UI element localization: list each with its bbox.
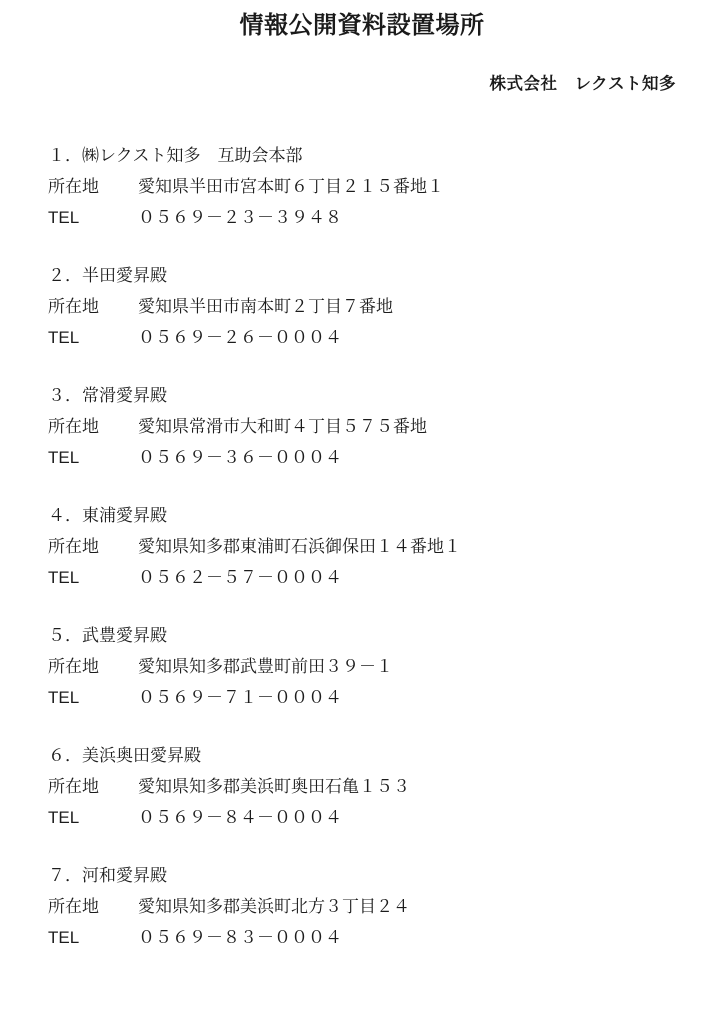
address-value: 愛知県半田市宮本町６丁目２１５番地１: [138, 171, 676, 202]
tel-row: TEL ０５６２－５７－０００４: [48, 562, 676, 593]
tel-label: TEL: [48, 802, 138, 833]
address-row: 所在地 愛知県知多郡美浜町北方３丁目２４: [48, 891, 676, 922]
tel-value: ０５６９－８４－０００４: [138, 802, 676, 833]
address-row: 所在地 愛知県知多郡美浜町奥田石亀１５３: [48, 771, 676, 802]
tel-row: TEL ０５６９－２３－３９４８: [48, 202, 676, 233]
address-value: 愛知県知多郡美浜町北方３丁目２４: [138, 891, 676, 922]
address-row: 所在地 愛知県知多郡武豊町前田３９－１: [48, 651, 676, 682]
address-label: 所在地: [48, 771, 138, 802]
tel-label: TEL: [48, 562, 138, 593]
tel-value: ０５６９－３６－０００４: [138, 442, 676, 473]
document-page: 情報公開資料設置場所 株式会社 レクスト知多 １．㈱レクスト知多 互助会本部 所…: [0, 0, 724, 1024]
tel-value: ０５６９－８３－０００４: [138, 922, 676, 953]
location-entry: ６．美浜奥田愛昇殿 所在地 愛知県知多郡美浜町奥田石亀１５３ TEL ０５６９－…: [48, 740, 676, 833]
company-name: 株式会社 レクスト知多: [48, 75, 676, 93]
address-label: 所在地: [48, 291, 138, 322]
address-value: 愛知県半田市南本町２丁目７番地: [138, 291, 676, 322]
tel-row: TEL ０５６９－７１－０００４: [48, 682, 676, 713]
location-name: １．㈱レクスト知多 互助会本部: [48, 140, 676, 171]
location-name: ６．美浜奥田愛昇殿: [48, 740, 676, 771]
tel-row: TEL ０５６９－２６－０００４: [48, 322, 676, 353]
tel-row: TEL ０５６９－３６－０００４: [48, 442, 676, 473]
location-entry: １．㈱レクスト知多 互助会本部 所在地 愛知県半田市宮本町６丁目２１５番地１ T…: [48, 140, 676, 233]
tel-value: ０５６９－２６－０００４: [138, 322, 676, 353]
location-entry: ７．河和愛昇殿 所在地 愛知県知多郡美浜町北方３丁目２４ TEL ０５６９－８３…: [48, 860, 676, 953]
address-row: 所在地 愛知県常滑市大和町４丁目５７５番地: [48, 411, 676, 442]
tel-label: TEL: [48, 322, 138, 353]
tel-value: ０５６２－５７－０００４: [138, 562, 676, 593]
location-entry: ４．東浦愛昇殿 所在地 愛知県知多郡東浦町石浜御保田１４番地１ TEL ０５６２…: [48, 500, 676, 593]
address-value: 愛知県知多郡美浜町奥田石亀１５３: [138, 771, 676, 802]
tel-row: TEL ０５６９－８４－０００４: [48, 802, 676, 833]
tel-label: TEL: [48, 922, 138, 953]
address-label: 所在地: [48, 411, 138, 442]
address-label: 所在地: [48, 651, 138, 682]
tel-label: TEL: [48, 202, 138, 233]
address-value: 愛知県知多郡武豊町前田３９－１: [138, 651, 676, 682]
tel-value: ０５６９－７１－０００４: [138, 682, 676, 713]
location-name: ４．東浦愛昇殿: [48, 500, 676, 531]
address-label: 所在地: [48, 171, 138, 202]
address-row: 所在地 愛知県知多郡東浦町石浜御保田１４番地１: [48, 531, 676, 562]
tel-value: ０５６９－２３－３９４８: [138, 202, 676, 233]
address-label: 所在地: [48, 531, 138, 562]
locations-list: １．㈱レクスト知多 互助会本部 所在地 愛知県半田市宮本町６丁目２１５番地１ T…: [48, 140, 676, 953]
location-entry: ５．武豊愛昇殿 所在地 愛知県知多郡武豊町前田３９－１ TEL ０５６９－７１－…: [48, 620, 676, 713]
tel-label: TEL: [48, 442, 138, 473]
address-label: 所在地: [48, 891, 138, 922]
location-name: ２．半田愛昇殿: [48, 260, 676, 291]
location-name: ５．武豊愛昇殿: [48, 620, 676, 651]
address-row: 所在地 愛知県半田市南本町２丁目７番地: [48, 291, 676, 322]
location-name: ３．常滑愛昇殿: [48, 380, 676, 411]
address-row: 所在地 愛知県半田市宮本町６丁目２１５番地１: [48, 171, 676, 202]
address-value: 愛知県知多郡東浦町石浜御保田１４番地１: [138, 531, 676, 562]
address-value: 愛知県常滑市大和町４丁目５７５番地: [138, 411, 676, 442]
page-title: 情報公開資料設置場所: [48, 13, 676, 39]
tel-label: TEL: [48, 682, 138, 713]
location-entry: ２．半田愛昇殿 所在地 愛知県半田市南本町２丁目７番地 TEL ０５６９－２６－…: [48, 260, 676, 353]
location-name: ７．河和愛昇殿: [48, 860, 676, 891]
location-entry: ３．常滑愛昇殿 所在地 愛知県常滑市大和町４丁目５７５番地 TEL ０５６９－３…: [48, 380, 676, 473]
tel-row: TEL ０５６９－８３－０００４: [48, 922, 676, 953]
